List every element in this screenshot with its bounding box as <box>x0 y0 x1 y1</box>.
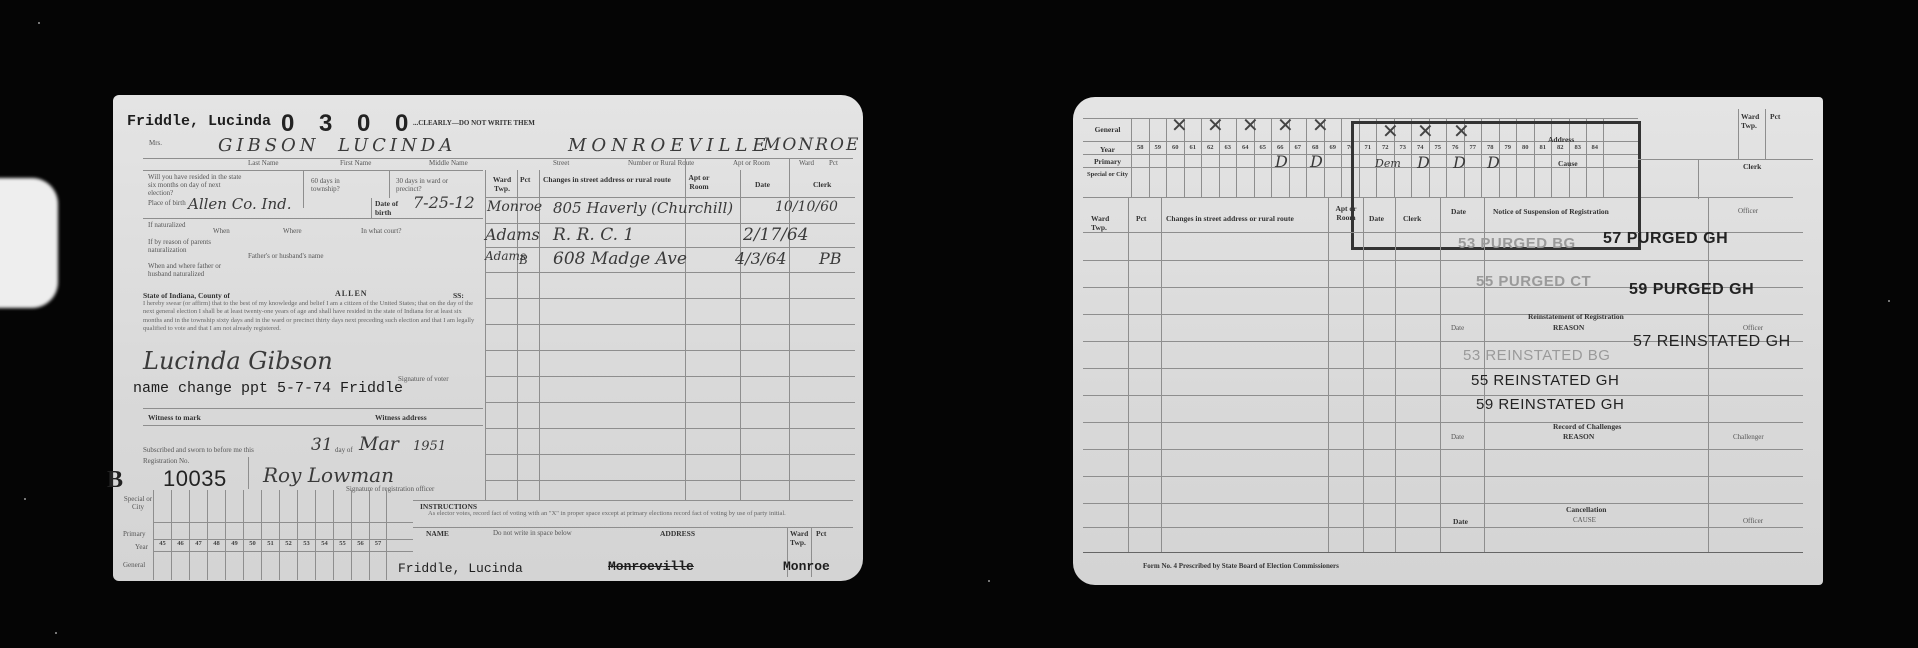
street-value: MONROEVILLE <box>568 135 771 156</box>
cancellation-date-label: Date <box>1453 517 1468 526</box>
year-cell: 59 <box>1149 118 1167 198</box>
reinstatement-title: Reinstatement of Registration <box>1528 312 1624 321</box>
year-cell: 52 <box>279 490 297 580</box>
prefix-label: Mrs. <box>149 139 162 147</box>
challenges-date-label: Date <box>1451 433 1464 441</box>
footer-address-value: Monroeville <box>608 559 694 574</box>
change-row-3-date: 4/3/64 <box>735 249 787 268</box>
date-of-birth-value: 7-25-12 <box>413 193 475 212</box>
township-question: 60 days in township? <box>311 177 366 193</box>
film-speck <box>988 580 990 582</box>
year-cell: 56 <box>351 490 369 580</box>
vote-mark-x: ✕ <box>1171 113 1188 137</box>
where-label: Where <box>283 227 302 235</box>
row-label-special: Special or City <box>123 495 153 511</box>
vote-mark-x: ✕ <box>1242 113 1259 137</box>
apt-label: Apt or Room <box>733 159 770 167</box>
when-label: When <box>213 227 230 235</box>
suspension-entry: 53 PURGED BG <box>1458 235 1576 252</box>
header-instruction: ...CLEARLY—DO NOT WRITE THEM <box>413 119 535 127</box>
back-year-grid: 58 59 60 61 62 63 64 65 66 67 68 69 70 7… <box>1131 118 1604 198</box>
suspension-date-label: Date <box>1451 207 1466 216</box>
change-row-2-date: 2/17/64 <box>743 225 809 245</box>
street-label: Street <box>553 159 569 167</box>
card-number-stamp: 0 3 0 0 <box>281 110 417 138</box>
signature-label: Signature of voter <box>398 375 449 383</box>
reinstatement-reason-label: REASON <box>1553 323 1584 332</box>
last-name-label: Last Name <box>248 159 279 167</box>
film-speck <box>1888 300 1890 302</box>
challenges-title: Record of Challenges <box>1553 422 1621 431</box>
back-ward-label: Ward Twp. <box>1741 112 1763 130</box>
date-of-birth-label: Date of birth <box>375 199 415 217</box>
vote-mark-x: ✕ <box>1312 113 1329 137</box>
row-label-primary: Primary <box>123 530 146 538</box>
film-speck <box>24 498 26 500</box>
primary-mark: D <box>1487 153 1500 172</box>
primary-mark: D <box>1275 152 1288 171</box>
year-cell: 55 <box>333 490 351 580</box>
back-row-label-year: Year <box>1085 145 1130 154</box>
year-cell: 57 <box>369 490 387 580</box>
year-cell: 49 <box>225 490 243 580</box>
subscribed-label: Subscribed and sworn to before me this <box>143 446 254 454</box>
primary-mark: D <box>1453 153 1466 172</box>
court-label: In what court? <box>361 227 401 235</box>
back-col-date: Date <box>1369 214 1384 223</box>
year-cell: 45 <box>153 490 171 580</box>
back-col-clerk: Clerk <box>1403 214 1421 223</box>
pct-label: Pct <box>829 159 838 167</box>
year-cell: 47 <box>189 490 207 580</box>
row-label-general: General <box>123 561 145 569</box>
place-of-birth-label: Place of birth <box>148 199 188 207</box>
reinstatement-entry: 59 REINSTATED GH <box>1476 396 1624 413</box>
ss-label: SS: <box>453 291 464 300</box>
year-cell: 51 <box>261 490 279 580</box>
change-row-2-address: R. R. C. 1 <box>553 225 634 245</box>
first-name-label: First Name <box>340 159 371 167</box>
registration-number: 10035 <box>163 466 227 492</box>
father-naturalized-label: When and where father or husband natural… <box>148 262 243 278</box>
suspension-entry: 55 PURGED CT <box>1476 273 1591 290</box>
footer-header-ward: Ward Twp. <box>790 529 810 547</box>
footer-name-value: Friddle, Lucinda <box>398 561 523 576</box>
typed-name-header: Friddle, Lucinda <box>127 113 271 130</box>
witness-label: Witness to mark <box>148 413 201 422</box>
vote-mark-x: ✕ <box>1277 113 1294 137</box>
col-header-changes: Changes in street address or rural route <box>543 175 683 184</box>
year-cell: 58 <box>1131 118 1149 198</box>
place-of-birth-value: Allen Co. Ind. <box>188 195 291 213</box>
change-row-1-date: 10/10/60 <box>775 199 838 215</box>
state-county-label: State of Indiana, County of <box>143 291 230 300</box>
col-header-pct: Pct <box>520 175 530 184</box>
cancellation-officer-label: Officer <box>1743 517 1763 525</box>
cause-label: Cause <box>1558 159 1578 168</box>
footer-header-name: NAME <box>426 529 449 538</box>
back-clerk-label: Clerk <box>1743 162 1761 171</box>
footer-header-note: Do not write in space below <box>493 529 572 537</box>
county-value: ALLEN <box>335 289 368 298</box>
year-cell: 84 <box>1586 118 1604 198</box>
instructions-text: As elector votes, record fact of voting … <box>428 510 848 518</box>
primary-mark: Dem <box>1375 157 1401 170</box>
registration-card-front: Friddle, Lucinda 0 3 0 0 ...CLEARLY—DO N… <box>113 95 863 581</box>
officer-signature: Roy Lowman <box>263 463 394 487</box>
father-husband-label: Father's or husband's name <box>248 252 323 260</box>
year-cell: 80 <box>1516 118 1534 198</box>
change-row-3-clerk: PB <box>819 249 842 268</box>
change-row-2-ward: Adams <box>485 225 540 244</box>
registration-card-back: General Year Primary Special or City 58 … <box>1073 97 1823 585</box>
front-year-grid: 45 46 47 48 49 50 51 52 53 54 55 56 57 <box>153 490 387 580</box>
back-row-label-primary: Primary <box>1085 157 1130 166</box>
col-header-date: Date <box>755 180 770 189</box>
film-speck <box>38 22 40 24</box>
col-header-apt: Apt or Room <box>688 173 710 191</box>
oath-text: I hereby swear (or affirm) that to the b… <box>143 300 478 333</box>
ward-label: Ward <box>799 159 814 167</box>
year-cell: 50 <box>243 490 261 580</box>
suspension-entry: 59 PURGED GH <box>1629 281 1754 299</box>
form-note: Form No. 4 Prescribed by State Board of … <box>1143 562 1339 570</box>
change-row-1-address: 805 Haverly (Churchill) <box>553 199 733 217</box>
change-row-3-address: 608 Madge Ave <box>553 249 687 269</box>
subscribed-day: 31 <box>311 435 333 455</box>
back-col-apt: Apt or Room <box>1331 204 1361 222</box>
year-cell: 81 <box>1534 118 1552 198</box>
change-row-1-ward: Monroe <box>487 199 542 215</box>
subscribed-month: Mar <box>359 433 399 455</box>
cancellation-cause-label: CAUSE <box>1573 516 1596 524</box>
registration-series-letter: B <box>107 467 123 494</box>
primary-mark: D <box>1417 153 1430 172</box>
back-col-pct: Pct <box>1136 214 1146 223</box>
reinstatement-date-label: Date <box>1451 324 1464 332</box>
suspension-officer-label: Officer <box>1738 207 1758 215</box>
day-of-label: day of <box>335 446 353 454</box>
footer-header-pct: Pct <box>816 529 826 538</box>
challenger-label: Challenger <box>1733 433 1764 441</box>
suspension-title: Notice of Suspension of Registration <box>1493 207 1609 216</box>
year-cell: 71 <box>1359 118 1377 198</box>
cancellation-title: Cancellation <box>1566 505 1606 514</box>
footer-header-address: ADDRESS <box>660 529 695 538</box>
voter-signature: Lucinda Gibson <box>143 347 333 375</box>
back-row-label-general: General <box>1085 125 1130 134</box>
year-cell: 46 <box>171 490 189 580</box>
reinstatement-officer-label: Officer <box>1743 324 1763 332</box>
year-cell: 83 <box>1569 118 1587 198</box>
back-pct-label: Pct <box>1770 112 1780 121</box>
year-cell: 70 <box>1341 118 1359 198</box>
back-col-ward: Ward Twp. <box>1091 214 1121 232</box>
vote-mark-x: ✕ <box>1417 119 1434 143</box>
parents-naturalization-label: If by reason of parents naturalization <box>148 238 218 254</box>
row-label-year: Year <box>135 543 148 551</box>
film-speck <box>55 632 57 634</box>
footer-ward-value: Monroe <box>783 559 830 574</box>
reinstatement-entry: 57 REINSTATED GH <box>1633 333 1791 351</box>
film-artifact <box>0 178 58 308</box>
suspension-entry: 57 PURGED GH <box>1603 230 1728 248</box>
year-cell: 53 <box>297 490 315 580</box>
year-cell: 48 <box>207 490 225 580</box>
naturalized-label: If naturalized <box>148 221 198 229</box>
change-row-3-pct: B <box>519 253 528 267</box>
col-header-ward: Ward Twp. <box>489 175 515 193</box>
year-cell: 82 <box>1551 118 1569 198</box>
reinstatement-entry: 55 REINSTATED GH <box>1471 372 1619 389</box>
resided-question: Will you have resided in the state six m… <box>148 173 243 197</box>
ward-precinct-question: 30 days in ward or precinct? <box>396 177 466 193</box>
back-col-changes: Changes in street address or rural route <box>1166 214 1294 223</box>
back-row-label-special: Special or City <box>1085 171 1130 178</box>
challenges-reason-label: REASON <box>1563 432 1594 441</box>
ward-value: MONROE <box>763 135 860 155</box>
vote-mark-x: ✕ <box>1453 119 1470 143</box>
last-name-value: GIBSON <box>218 135 320 156</box>
middle-name-label: Middle Name <box>429 159 468 167</box>
vote-mark-x: ✕ <box>1207 113 1224 137</box>
col-header-clerk: Clerk <box>813 180 831 189</box>
subscribed-year: 1951 <box>413 439 446 454</box>
vote-mark-x: ✕ <box>1382 119 1399 143</box>
year-cell: 54 <box>315 490 333 580</box>
registration-number-label: Registration No. <box>143 457 189 465</box>
witness-address-label: Witness address <box>375 413 427 422</box>
primary-mark: D <box>1310 152 1323 171</box>
name-change-note: name change ppt 5-7-74 Friddle <box>133 380 403 397</box>
reinstatement-entry: 53 REINSTATED BG <box>1463 347 1610 364</box>
year-cell: 79 <box>1499 118 1517 198</box>
first-name-value: LUCINDA <box>338 135 456 156</box>
address-label: Address <box>1548 135 1574 144</box>
